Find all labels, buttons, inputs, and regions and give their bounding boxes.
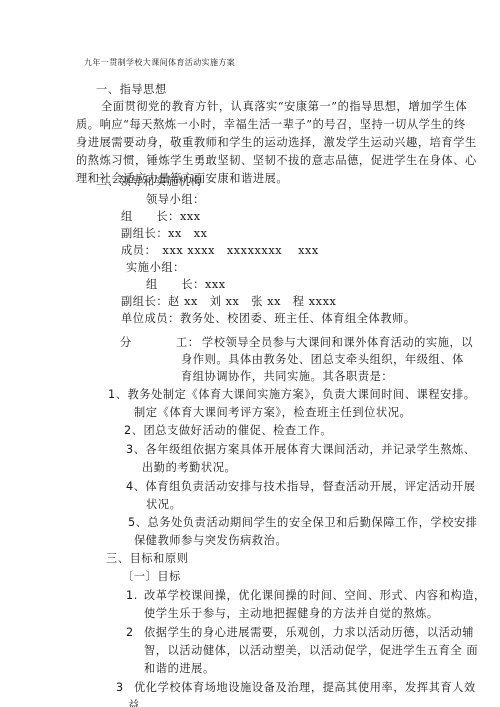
duty-item-3: 3、各年级组依据方案具体开展体育大课间活动，并记录学生熬炼、 <box>126 443 476 457</box>
duty-number: 4、 <box>126 480 146 493</box>
subheading-goals: 〔一〕目标 <box>122 570 181 584</box>
paragraph-line: 全面贯彻党的教育方针，认真落实“安康第一”的指导思想，增加学生体 <box>101 100 467 114</box>
leader-group-deputy: 副组长：xx xx <box>121 227 208 241</box>
impl-group-deputy: 副组长：赵 xx 刘 xx 张 xx 程 xxxx <box>121 295 336 309</box>
paragraph-line: 质。响应“每天熬炼一小时，幸福生活一辈子”的号召，坚持一切从学生的终 <box>76 118 466 132</box>
division-label-left: 分 <box>120 336 132 350</box>
leader-group-label: 领导小组： <box>146 193 205 207</box>
impl-group-units: 单位成员：教务处、校团委、班主任、体育组全体教师。 <box>121 312 416 326</box>
duty-number: 5、 <box>128 516 148 529</box>
goal-text: 改革学校课间操，优化课间操的时间、空间、形式、内容和构造， <box>144 589 486 602</box>
duty-number: 3、 <box>126 443 146 456</box>
leader-group-members: 成员： xxx xxxx xxxxxxxx xxx <box>121 244 319 258</box>
duty-item-4: 4、体育组负责活动安排与技术指导，督查活动开展，评定活动开展 <box>126 480 476 494</box>
section-heading-goals: 三、目标和原则 <box>106 552 189 566</box>
duty-item-5-cont: 保健教师参与突发伤病救治。 <box>134 534 287 548</box>
division-line: 学校领导全员参与大课间和课外体育活动的实施，以 <box>202 336 473 350</box>
goal-item-1: 1.改革学校课间操，优化课间操的时间、空间、形式、内容和构造， <box>126 589 486 603</box>
leader-group-leader: 组 长：xxx <box>121 210 201 224</box>
duty-item-5: 5、总务处负责活动期间学生的安全保卫和后勤保障工作，学校安排 <box>128 516 478 530</box>
goal-number: 2 <box>126 626 144 640</box>
paragraph-line: 身进展需要动身，敬重教师和学生的运动选择，激发学生运动兴趣，培育学生 <box>76 136 477 150</box>
impl-group-label: 实施小组： <box>126 261 185 275</box>
division-line: 育组协调协作，共同实施。其各职责是： <box>181 370 393 384</box>
document-title: 九年一贯制学校大课间体育活动实施方案 <box>84 56 235 70</box>
duty-text: 各年级组依据方案具体开展体育大课间活动，并记录学生熬炼、 <box>146 443 476 456</box>
impl-group-leader: 组 长：xxx <box>146 278 226 292</box>
division-line: 身作则。具体由教务处、团总支牵头组织，年级组、体 <box>181 353 464 367</box>
section-heading-guiding-ideology: 一、指导思想 <box>96 83 167 97</box>
goal-item-1-cont: 使学生乐于参与，主动地把握健身的方法并自觉的熬炼。 <box>144 607 439 621</box>
paragraph-line: 的熬炼习惯，锤炼学生勇敢坚韧、坚韧不拔的意志品德，促进学生在身体、心 <box>76 154 477 168</box>
duty-item-4-cont: 状况。 <box>146 498 181 512</box>
goal-item-2: 2依据学生的身心进展需要，乐观创，力求以活动历德，以活动辅 <box>126 626 474 640</box>
goal-item-2-cont: 和谐的进展。 <box>144 662 215 676</box>
goal-item-2-cont: 智，以活动健体，以活动塑美，以活动促学，促进学生五育全 面 <box>144 644 478 658</box>
goal-item-3-cont: 益。 <box>128 699 152 707</box>
goal-number: 1. <box>126 589 144 603</box>
duty-text: 团总支做好活动的催促、检查工作。 <box>144 424 333 437</box>
section-heading-leadership: 二、领导和实施机构 <box>96 175 202 189</box>
duty-item-1: 1、教务处制定《体育大课间实施方案》，负责大课间时间、课程安排。 <box>108 388 476 402</box>
duty-number: 2、 <box>124 424 144 437</box>
duty-number: 1、 <box>108 388 128 401</box>
goal-item-3: 3优化学校体育场地设施设备及治理，提高其使用率，发挥其育人效 <box>116 681 476 695</box>
duty-item-2: 2、团总支做好活动的催促、检查工作。 <box>124 424 332 438</box>
goal-text: 依据学生的身心进展需要，乐观创，力求以活动历德，以活动辅 <box>144 626 474 639</box>
goal-number: 3 <box>116 681 134 695</box>
duty-text: 教务处制定《体育大课间实施方案》，负责大课间时间、课程安排。 <box>128 388 476 401</box>
division-label-right: 工： <box>176 336 200 350</box>
duty-item-1-cont: 制定《体育大课间考评方案》，检查班主任到位状况。 <box>134 406 411 420</box>
duty-text: 总务处负责活动期间学生的安全保卫和后勤保障工作，学校安排 <box>148 516 478 529</box>
goal-text: 优化学校体育场地设施设备及治理，提高其使用率，发挥其育人效 <box>134 681 476 694</box>
duty-text: 体育组负责活动安排与技术指导，督查活动开展，评定活动开展 <box>146 480 476 493</box>
duty-item-3-cont: 出勤的考勤状况。 <box>142 461 236 475</box>
